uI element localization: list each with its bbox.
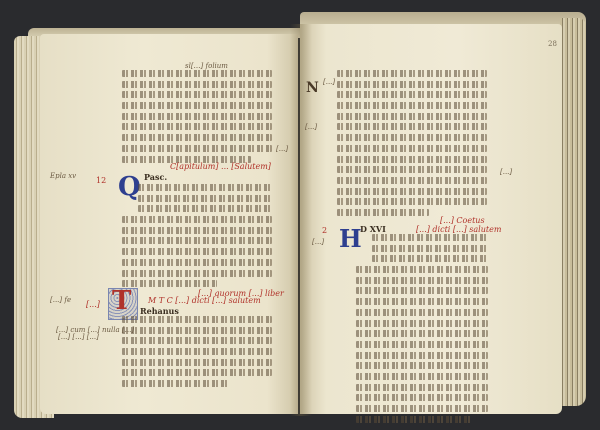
initial-n: N (306, 80, 319, 96)
text-line (337, 102, 487, 109)
text-line (337, 188, 487, 195)
text-line (122, 316, 272, 323)
text-line (372, 245, 488, 252)
text-line (372, 234, 488, 241)
text-line (356, 405, 488, 412)
right-margin-note: [...] (500, 168, 512, 176)
text-line (122, 123, 272, 130)
text-line (122, 81, 272, 88)
text-line (337, 166, 487, 173)
text-line (356, 320, 488, 327)
text-line (138, 184, 272, 191)
left-text-block-mid (122, 184, 272, 291)
text-line (122, 91, 272, 98)
section-heading: Rehanus (140, 306, 179, 316)
text-line (138, 195, 272, 202)
margin-note: [...] [...] [...] (58, 333, 99, 341)
text-line (356, 373, 488, 380)
text-line (138, 205, 272, 212)
text-line (122, 380, 230, 387)
margin-note: [...] (305, 123, 317, 131)
section-heading: Pasc. (144, 172, 167, 182)
rubric-line: M T C [...] dicti [...] salutem (148, 296, 261, 305)
margin-note-red: [...] (86, 300, 100, 309)
text-line (337, 209, 429, 216)
text-line (122, 248, 272, 255)
left-text-block-bottom (122, 316, 272, 391)
section-heading: D XVI (360, 224, 386, 234)
text-line (356, 330, 488, 337)
text-line (356, 416, 473, 423)
text-line (122, 227, 272, 234)
text-line (337, 198, 487, 205)
text-line (372, 255, 488, 262)
page-stack-right (560, 18, 586, 406)
text-line (337, 91, 487, 98)
text-line (356, 277, 488, 284)
top-note: sl[…] folium (185, 62, 228, 70)
text-line (122, 102, 272, 109)
text-line (122, 134, 272, 141)
text-line (122, 270, 272, 277)
left-text-block-top (122, 70, 272, 166)
margin-note: [...] fe (50, 296, 71, 304)
margin-number: 12 (96, 176, 106, 185)
text-line (122, 337, 272, 344)
text-line (337, 145, 487, 152)
right-text-block-top (337, 70, 487, 220)
text-line (337, 81, 487, 88)
text-line (122, 280, 217, 287)
text-line (356, 266, 488, 273)
text-line (356, 384, 488, 391)
margin-note: [...] (312, 238, 324, 246)
text-line (122, 259, 272, 266)
text-line (356, 362, 488, 369)
text-line (337, 134, 487, 141)
text-line (122, 369, 272, 376)
text-line (122, 216, 272, 223)
right-margin-note: [...] (276, 145, 288, 153)
margin-note: [...] (323, 78, 335, 86)
text-line (356, 309, 488, 316)
text-line (356, 394, 488, 401)
text-line (122, 348, 272, 355)
rubric-line: [...] dicti [...] salutem (416, 225, 501, 234)
open-manuscript: sl[…] folium C[apitulum] ... [Salutem] E… (0, 0, 600, 430)
text-line (337, 156, 487, 163)
text-line (356, 341, 488, 348)
text-line (122, 113, 272, 120)
text-line (356, 352, 488, 359)
text-line (122, 237, 272, 244)
text-line (356, 298, 488, 305)
margin-note: Epla xv (50, 172, 76, 180)
text-line (122, 327, 272, 334)
rubric-chapter: C[apitulum] ... [Salutem] (170, 162, 271, 171)
text-line (356, 287, 488, 294)
initial-t: T (112, 286, 131, 316)
folio-number: 28 (548, 40, 557, 48)
text-line (337, 123, 487, 130)
text-line (122, 145, 272, 152)
rubric-line: [...] Coetus (440, 216, 485, 225)
text-line (122, 70, 272, 77)
text-line (337, 177, 487, 184)
text-line (337, 113, 487, 120)
text-line (122, 359, 272, 366)
right-text-block-bottom (356, 234, 488, 426)
margin-number: 2 (322, 226, 327, 235)
text-line (337, 70, 487, 77)
